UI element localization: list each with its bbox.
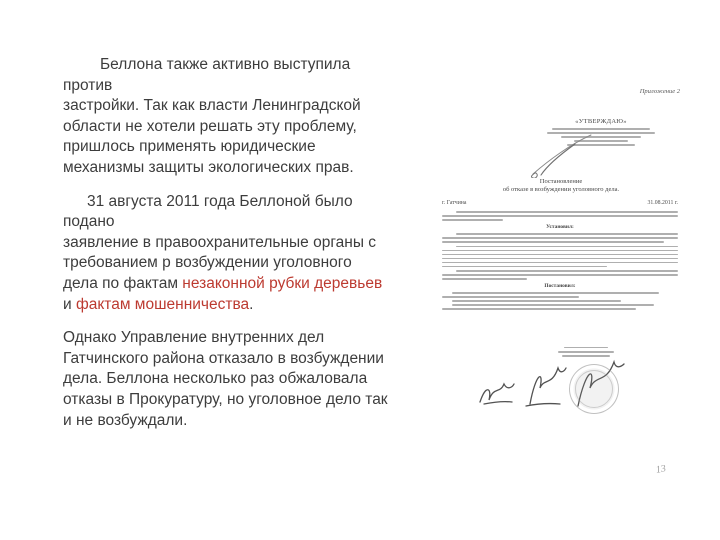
document-body: Установил: Постановил:	[442, 209, 678, 312]
document-annotation: Приложение 2	[640, 88, 680, 95]
text-line: пришлось применять юридические	[63, 137, 401, 158]
paragraph-refusal: Однако Управление внутренних дел Гатчинс…	[63, 328, 401, 431]
scan-text-line	[452, 304, 654, 306]
text-line: дела. Беллона несколько раз обжаловала	[63, 369, 401, 390]
document-title: Постановление об отказе в возбуждении уг…	[432, 178, 690, 194]
text-line: застройки. Так как власти Ленинградской	[63, 96, 401, 117]
document-place: г. Гатчина	[442, 200, 466, 206]
text-line: дела по фактам незаконной рубки деревьев	[63, 274, 401, 295]
text-line: Беллона также активно выступила против	[63, 55, 401, 96]
scan-list-item	[442, 292, 678, 298]
text-line: и фактам мошенничества.	[63, 295, 401, 316]
scan-text-line	[562, 355, 611, 357]
scan-text-line	[442, 278, 527, 280]
scan-text-line	[456, 211, 678, 213]
scan-paragraph	[442, 211, 678, 221]
scan-text-line	[558, 351, 614, 353]
scan-text-line	[456, 233, 678, 235]
text-line: механизмы защиты экологических прав.	[63, 158, 401, 179]
approval-signature-icon	[527, 132, 597, 178]
scan-text-line	[442, 219, 503, 221]
paragraph-criminal-complaint: 31 августа 2011 года Беллоной было подан…	[63, 192, 401, 316]
scan-list-item	[442, 304, 678, 310]
handwritten-signatures-icon	[474, 358, 652, 412]
scan-paragraph	[442, 270, 678, 280]
document-title-line1: Постановление	[432, 178, 690, 186]
text-line: области не хотели решать эту проблему,	[63, 117, 401, 138]
scan-text-line	[442, 258, 678, 260]
scan-text-line	[456, 246, 678, 248]
text-line: отказы в Прокуратуру, но уголовное дело …	[63, 390, 401, 411]
scan-text-line	[442, 266, 607, 268]
document-date: 31.08.2011 г.	[648, 200, 679, 206]
slide-text-column: Беллона также активно выступила против з…	[63, 55, 401, 444]
scan-text-line	[452, 292, 659, 294]
scanned-document: Приложение 2 «УТВЕРЖДАЮ» Постановление о…	[432, 78, 690, 488]
scan-list-item	[442, 300, 678, 302]
document-heading-postanovil: Постановил:	[442, 283, 678, 289]
text-segment: .	[249, 296, 253, 313]
scan-paragraph	[442, 233, 678, 243]
scan-text-line	[442, 241, 664, 243]
scan-text-line	[452, 300, 621, 302]
document-heading-ustanovil: Установил:	[442, 224, 678, 230]
text-line: требованием р возбуждении уголовного	[63, 253, 401, 274]
scan-text-line	[442, 215, 678, 217]
text-segment: и	[63, 296, 76, 313]
scan-text-line	[456, 270, 678, 272]
scan-text-line	[442, 250, 678, 252]
approval-block: «УТВЕРЖДАЮ»	[545, 118, 657, 148]
text-line: заявление в правоохранительные органы с	[63, 233, 401, 254]
scan-text-line	[442, 274, 678, 276]
text-line: Гатчинского района отказало в возбуждени…	[63, 349, 401, 370]
text-segment: дела по фактам	[63, 275, 182, 292]
presentation-slide: Беллона также активно выступила против з…	[0, 0, 720, 540]
emphasis-fraud: фактам мошенничества	[76, 296, 249, 313]
scan-text-line	[552, 128, 651, 130]
scan-text-line	[442, 308, 636, 310]
document-meta-row: г. Гатчина 31.08.2011 г.	[442, 200, 678, 206]
scan-paragraph	[442, 246, 678, 268]
document-title-line2: об отказе в возбуждении уголовного дела.	[432, 186, 690, 194]
emphasis-illegal-logging: незаконной рубки деревьев	[182, 275, 382, 292]
text-line: 31 августа 2011 года Беллоной было подан…	[63, 192, 401, 233]
scan-text-line	[442, 254, 678, 256]
text-line: и не возбуждали.	[63, 411, 401, 432]
page-number: 13	[655, 463, 667, 476]
approval-title: «УТВЕРЖДАЮ»	[545, 118, 657, 125]
round-stamp-icon	[569, 364, 619, 414]
scan-text-line	[442, 237, 678, 239]
scan-text-line	[564, 347, 609, 349]
scan-text-line	[442, 262, 678, 264]
paragraph-bellona-protest: Беллона также активно выступила против з…	[63, 55, 401, 179]
scan-text-line	[442, 296, 579, 298]
text-line: Однако Управление внутренних дел	[63, 328, 401, 349]
